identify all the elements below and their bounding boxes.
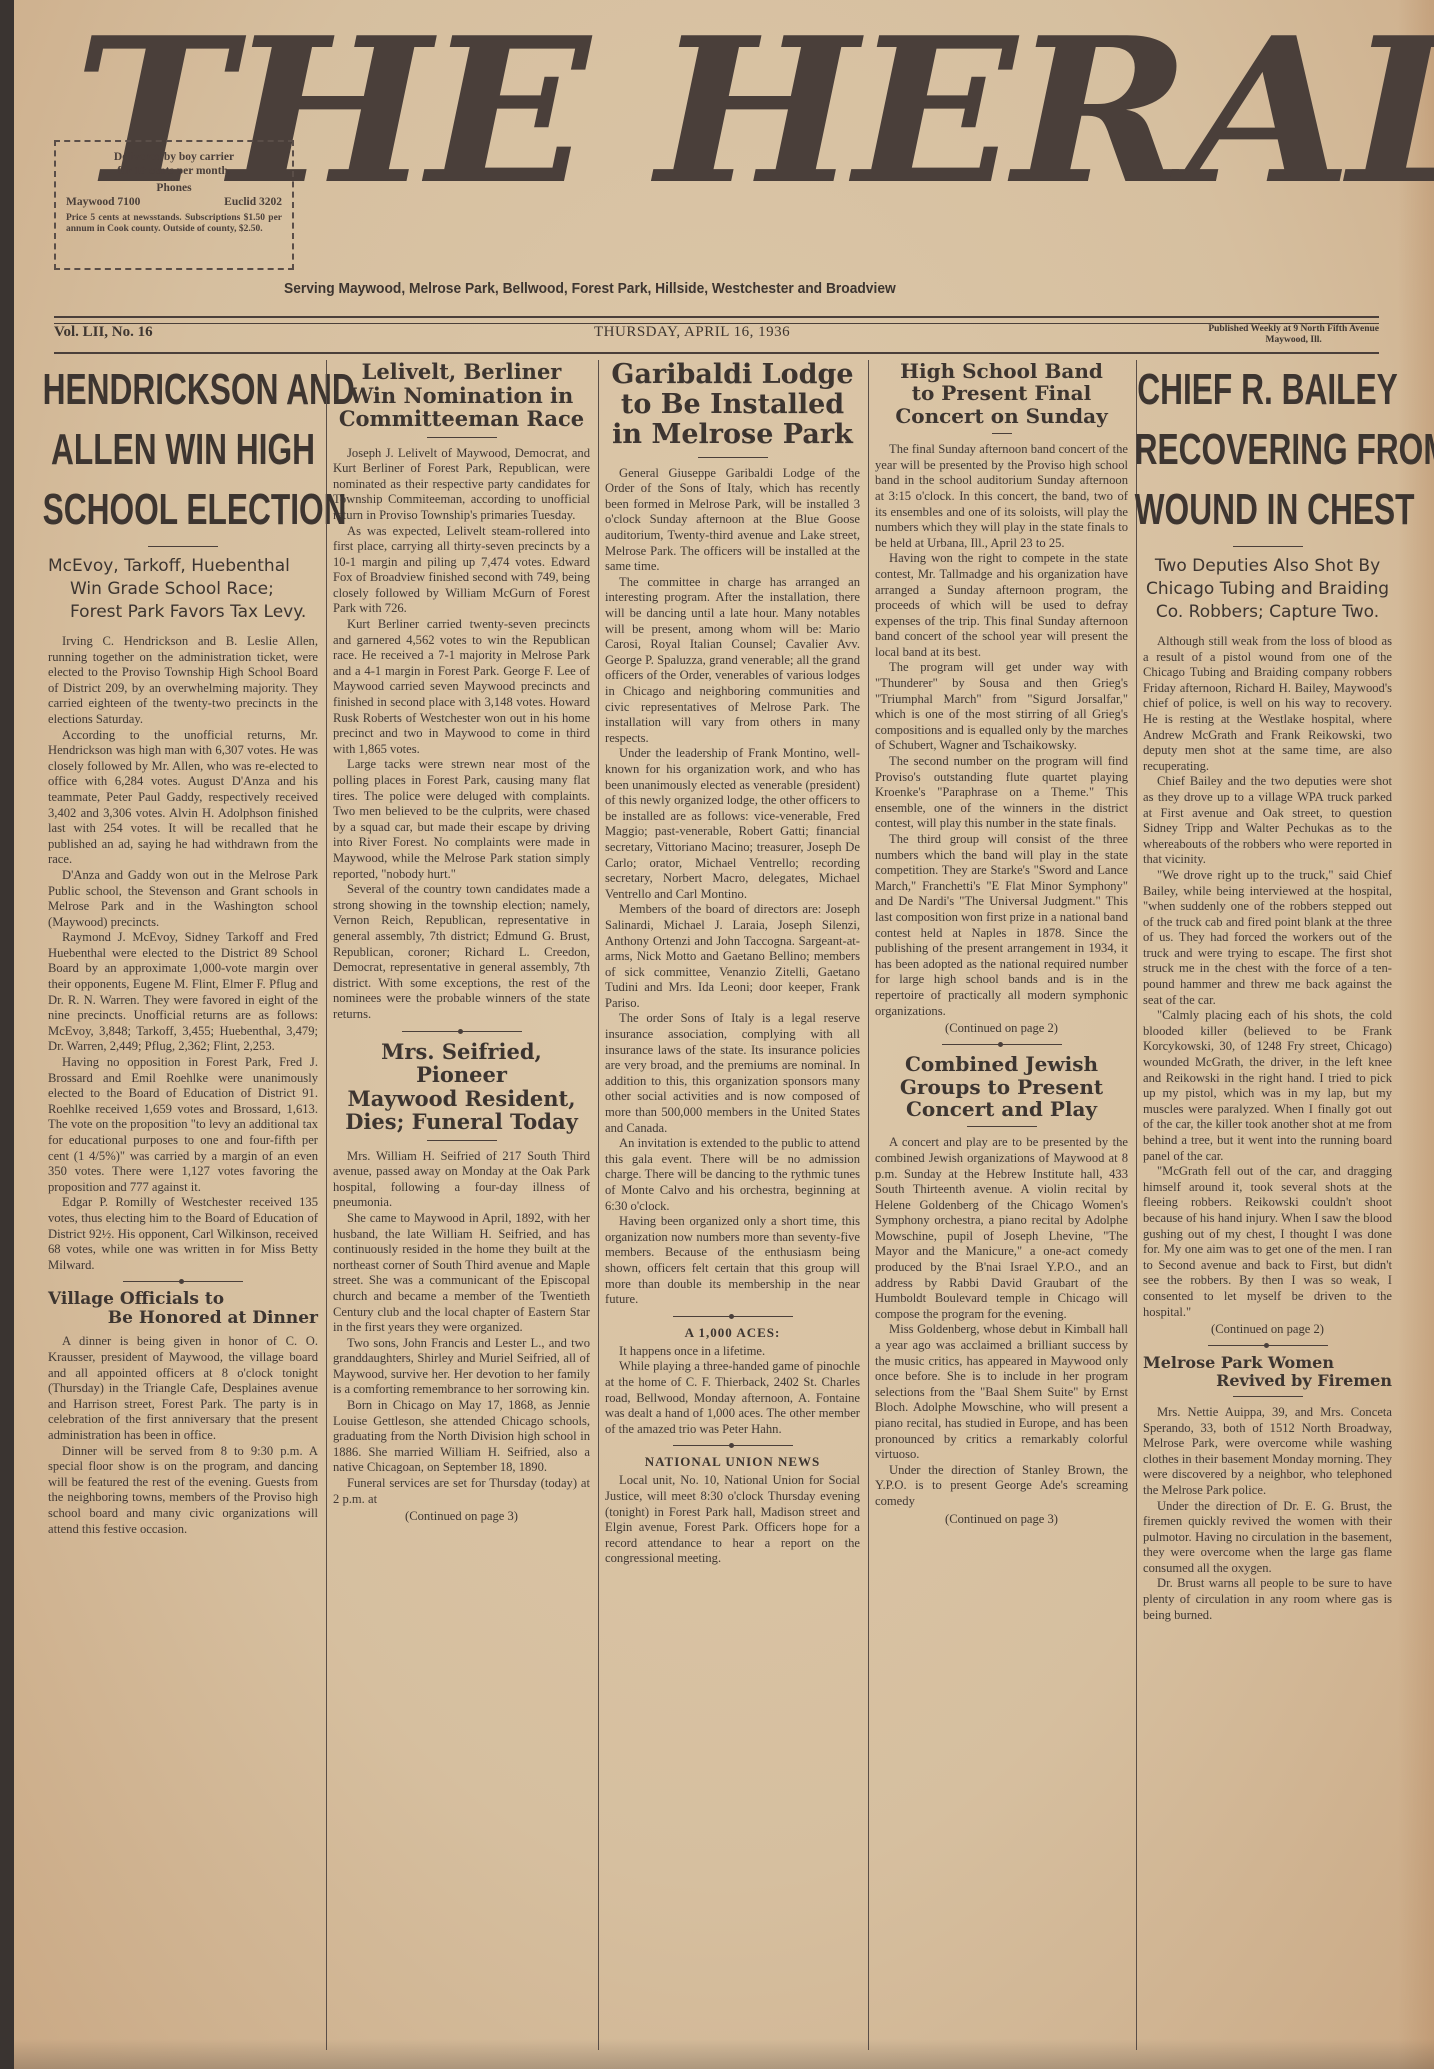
headline-line: ALLEN WIN HIGH bbox=[43, 420, 324, 480]
paragraph: Born in Chicago on May 17, 1868, as Jenn… bbox=[333, 1398, 590, 1476]
headline-line: High School Band bbox=[875, 360, 1128, 382]
paragraph: An invitation is extended to the public … bbox=[605, 1136, 860, 1214]
paragraph: Under the direction of Dr. E. G. Brust, … bbox=[1143, 1499, 1392, 1577]
article-body: Irving C. Hendrickson and B. Leslie Alle… bbox=[48, 634, 318, 1273]
phones-label: Phones bbox=[66, 181, 282, 195]
masthead-rule bbox=[54, 316, 1379, 324]
paragraph: A concert and play are to be presented b… bbox=[875, 1135, 1128, 1322]
column-5: CHIEF R. BAILEY RECOVERING FROM WOUND IN… bbox=[1136, 360, 1398, 2050]
paragraph: As was expected, Lelivelt steam-rollered… bbox=[333, 524, 590, 618]
paragraph: Having won the right to compete in the s… bbox=[875, 551, 1128, 660]
paragraph: Although still weak from the loss of blo… bbox=[1143, 634, 1392, 774]
paragraph: "McGrath fell out of the car, and draggi… bbox=[1143, 1164, 1392, 1320]
headline-line: Win Nomination in bbox=[333, 384, 590, 408]
paragraph: Under the leadership of Frank Montino, w… bbox=[605, 746, 860, 902]
paragraph: The program will get under way with "Thu… bbox=[875, 660, 1128, 754]
headline-line: to Present Final bbox=[875, 382, 1128, 404]
headline-line: WOUND IN CHEST bbox=[1135, 480, 1401, 540]
divider bbox=[123, 1281, 243, 1282]
paragraph: "We drove right up to the truck," said C… bbox=[1143, 868, 1392, 1008]
paragraph: It happens once in a lifetime. bbox=[605, 1344, 860, 1360]
divider bbox=[1233, 546, 1303, 547]
article-body: A dinner is being given in honor of C. O… bbox=[48, 1334, 318, 1537]
article-melrose-women: Melrose Park Women Revived by Firemen Mr… bbox=[1143, 1354, 1392, 1623]
paragraph: Large tacks were strewn near most of the… bbox=[333, 757, 590, 882]
paragraph: Having been organized only a short time,… bbox=[605, 1214, 860, 1308]
paragraph: Dr. Brust warns all people to be sure to… bbox=[1143, 1576, 1392, 1623]
headline-line: Dies; Funeral Today bbox=[333, 1110, 590, 1134]
headline-line: Garibaldi Lodge bbox=[605, 360, 860, 390]
paragraph: Kurt Berliner carried twenty-seven preci… bbox=[333, 617, 590, 757]
paragraph: She came to Maywood in April, 1892, with… bbox=[333, 1211, 590, 1336]
columns: HENDRICKSON AND ALLEN WIN HIGH SCHOOL EL… bbox=[42, 360, 1382, 2060]
headline: NATIONAL UNION NEWS bbox=[605, 1454, 860, 1470]
divider bbox=[942, 1044, 1062, 1045]
serving-line: Serving Maywood, Melrose Park, Bellwood,… bbox=[284, 280, 1112, 297]
headline-line: in Melrose Park bbox=[605, 420, 860, 450]
column-4: High School Band to Present Final Concer… bbox=[868, 360, 1134, 2050]
headline-line: Village Officials to bbox=[48, 1290, 318, 1309]
article-body: It happens once in a lifetime.While play… bbox=[605, 1344, 860, 1438]
continued-note[interactable]: (Continued on page 2) bbox=[1143, 1322, 1392, 1337]
paragraph: The second number on the program will fi… bbox=[875, 754, 1128, 832]
paragraph: Joseph J. Lelivelt of Maywood, Democrat,… bbox=[333, 446, 590, 524]
paragraph: General Giuseppe Garibaldi Lodge of the … bbox=[605, 466, 860, 575]
paragraph: The third group will consist of the thre… bbox=[875, 832, 1128, 1019]
volume-number: Vol. LII, No. 16 bbox=[54, 324, 153, 341]
article-body: Mrs. Nettie Auippa, 39, and Mrs. Conceta… bbox=[1143, 1405, 1392, 1623]
headline-line: Revived by Firemen bbox=[1143, 1372, 1392, 1390]
column-1: HENDRICKSON AND ALLEN WIN HIGH SCHOOL EL… bbox=[42, 360, 324, 2050]
headline-line: Melrose Park Women bbox=[1143, 1354, 1392, 1372]
article-garibaldi: Garibaldi Lodge to Be Installed in Melro… bbox=[605, 360, 860, 1308]
delivery-line: Delivered by boy carrier bbox=[66, 150, 282, 164]
paragraph: Edgar P. Romilly of Westchester received… bbox=[48, 1195, 318, 1273]
column-3: Garibaldi Lodge to Be Installed in Melro… bbox=[598, 360, 866, 2050]
continued-note[interactable]: (Continued on page 3) bbox=[875, 1512, 1128, 1527]
dateline: Vol. LII, No. 16 THURSDAY, APRIL 16, 193… bbox=[54, 324, 1379, 354]
paragraph: Funeral services are set for Thursday (t… bbox=[333, 1476, 590, 1507]
continued-note[interactable]: (Continued on page 3) bbox=[333, 1509, 590, 1524]
headline-line: to Be Installed bbox=[605, 390, 860, 420]
headline-line: Committeeman Race bbox=[333, 407, 590, 431]
paragraph: Irving C. Hendrickson and B. Leslie Alle… bbox=[48, 634, 318, 728]
phone-maywood: Maywood 7100 bbox=[66, 195, 140, 209]
headline-line: Concert and Play bbox=[875, 1098, 1128, 1120]
article-election: HENDRICKSON AND ALLEN WIN HIGH SCHOOL EL… bbox=[48, 360, 318, 1273]
newspaper-page: THE HERALD Delivered by boy carrier for … bbox=[14, 0, 1434, 2069]
divider bbox=[992, 433, 1012, 434]
divider bbox=[1233, 1396, 1303, 1397]
paragraph: Several of the country town candidates m… bbox=[333, 882, 590, 1022]
paragraph: A dinner is being given in honor of C. O… bbox=[48, 1334, 318, 1443]
phone-euclid: Euclid 3202 bbox=[224, 195, 282, 209]
price-note: Price 5 cents at newsstands. Subscriptio… bbox=[66, 213, 282, 235]
headline-line: Groups to Present bbox=[875, 1076, 1128, 1098]
paragraph: Local unit, No. 10, National Union for S… bbox=[605, 1473, 860, 1567]
publisher-info: Published Weekly at 9 North Fifth Avenue… bbox=[1208, 324, 1379, 346]
article-national-union: NATIONAL UNION NEWS Local unit, No. 10, … bbox=[605, 1454, 860, 1567]
article-seifried: Mrs. Seifried, Pioneer Maywood Resident,… bbox=[333, 1040, 590, 1525]
continued-note[interactable]: (Continued on page 2) bbox=[875, 1021, 1128, 1036]
headline-line: Lelivelt, Berliner bbox=[333, 360, 590, 384]
headline-line: HENDRICKSON AND bbox=[43, 360, 324, 420]
headline-line: CHIEF R. BAILEY bbox=[1135, 360, 1401, 420]
phones-row: Maywood 7100 Euclid 3202 bbox=[66, 195, 282, 209]
paragraph: Mrs. William H. Seifried of 217 South Th… bbox=[333, 1149, 590, 1211]
article-lelivelt: Lelivelt, Berliner Win Nomination in Com… bbox=[333, 360, 590, 1023]
paragraph: Chief Bailey and the two deputies were s… bbox=[1143, 774, 1392, 868]
paragraph: According to the unofficial returns, Mr.… bbox=[48, 728, 318, 868]
paragraph: Dinner will be served from 8 to 9:30 p.m… bbox=[48, 1444, 318, 1538]
headline-line: Maywood Resident, bbox=[333, 1087, 590, 1111]
paragraph: Mrs. Nettie Auippa, 39, and Mrs. Conceta… bbox=[1143, 1405, 1392, 1499]
headline-line: SCHOOL ELECTION bbox=[43, 480, 324, 540]
article-body: Local unit, No. 10, National Union for S… bbox=[605, 1473, 860, 1567]
column-2: Lelivelt, Berliner Win Nomination in Com… bbox=[326, 360, 596, 2050]
headline-line: Combined Jewish bbox=[875, 1053, 1128, 1075]
article-band: High School Band to Present Final Concer… bbox=[875, 360, 1128, 1036]
headline-line: Concert on Sunday bbox=[875, 405, 1128, 427]
paragraph: D'Anza and Gaddy won out in the Melrose … bbox=[48, 868, 318, 930]
headline-line: Mrs. Seifried, Pioneer bbox=[333, 1040, 590, 1087]
divider bbox=[698, 457, 768, 458]
headline: A 1,000 ACES: bbox=[605, 1325, 860, 1341]
paragraph: Miss Goldenberg, whose debut in Kimball … bbox=[875, 1322, 1128, 1462]
publisher-city: Maywood, Ill. bbox=[1208, 335, 1379, 346]
publisher-address: Published Weekly at 9 North Fifth Avenue bbox=[1208, 324, 1379, 335]
divider bbox=[967, 1126, 1037, 1127]
article-body: General Giuseppe Garibaldi Lodge of the … bbox=[605, 466, 860, 1308]
article-body: A concert and play are to be presented b… bbox=[875, 1135, 1128, 1509]
headline-line: RECOVERING FROM bbox=[1135, 420, 1401, 480]
paragraph: Under the direction of Stanley Brown, th… bbox=[875, 1463, 1128, 1510]
delivery-info-box: Delivered by boy carrier for 10 cents pe… bbox=[54, 140, 294, 270]
paragraph: While playing a three-handed game of pin… bbox=[605, 1359, 860, 1437]
article-village-officials: Village Officials to Be Honored at Dinne… bbox=[48, 1290, 318, 1537]
divider bbox=[427, 437, 497, 438]
article-body: Although still weak from the loss of blo… bbox=[1143, 634, 1392, 1320]
dateline-rule bbox=[54, 352, 1379, 354]
article-aces: A 1,000 ACES: It happens once in a lifet… bbox=[605, 1325, 860, 1438]
paragraph: Members of the board of directors are: J… bbox=[605, 902, 860, 1011]
headline-line: Be Honored at Dinner bbox=[48, 1309, 318, 1328]
torn-bottom-edge bbox=[14, 2039, 1434, 2069]
article-body: Mrs. William H. Seifried of 217 South Th… bbox=[333, 1149, 590, 1508]
divider bbox=[673, 1316, 793, 1317]
paragraph: Having no opposition in Forest Park, Fre… bbox=[48, 1055, 318, 1195]
deck-headline: Two Deputies Also Shot By Chicago Tubing… bbox=[1143, 555, 1392, 624]
divider bbox=[673, 1445, 793, 1446]
paragraph: "Calmly placing each of his shots, the c… bbox=[1143, 1008, 1392, 1164]
paragraph: Raymond J. McEvoy, Sidney Tarkoff and Fr… bbox=[48, 930, 318, 1055]
paragraph: The final Sunday afternoon band concert … bbox=[875, 442, 1128, 551]
article-body: The final Sunday afternoon band concert … bbox=[875, 442, 1128, 1019]
paragraph: Two sons, John Francis and Lester L., an… bbox=[333, 1336, 590, 1398]
delivery-line: for 10 cents per month. bbox=[66, 164, 282, 178]
deck-headline: McEvoy, Tarkoff, Huebenthal Win Grade Sc… bbox=[48, 555, 318, 624]
article-body: Joseph J. Lelivelt of Maywood, Democrat,… bbox=[333, 446, 590, 1023]
divider bbox=[1208, 1345, 1328, 1346]
issue-date: THURSDAY, APRIL 16, 1936 bbox=[594, 324, 790, 341]
masthead: THE HERALD Delivered by boy carrier for … bbox=[14, 0, 1434, 340]
paragraph: The committee in charge has arranged an … bbox=[605, 575, 860, 747]
divider bbox=[427, 1140, 497, 1141]
divider bbox=[402, 1031, 522, 1032]
article-jewish: Combined Jewish Groups to Present Concer… bbox=[875, 1053, 1128, 1526]
divider bbox=[148, 546, 218, 547]
paragraph: The order Sons of Italy is a legal reser… bbox=[605, 1011, 860, 1136]
article-bailey: CHIEF R. BAILEY RECOVERING FROM WOUND IN… bbox=[1143, 360, 1392, 1337]
